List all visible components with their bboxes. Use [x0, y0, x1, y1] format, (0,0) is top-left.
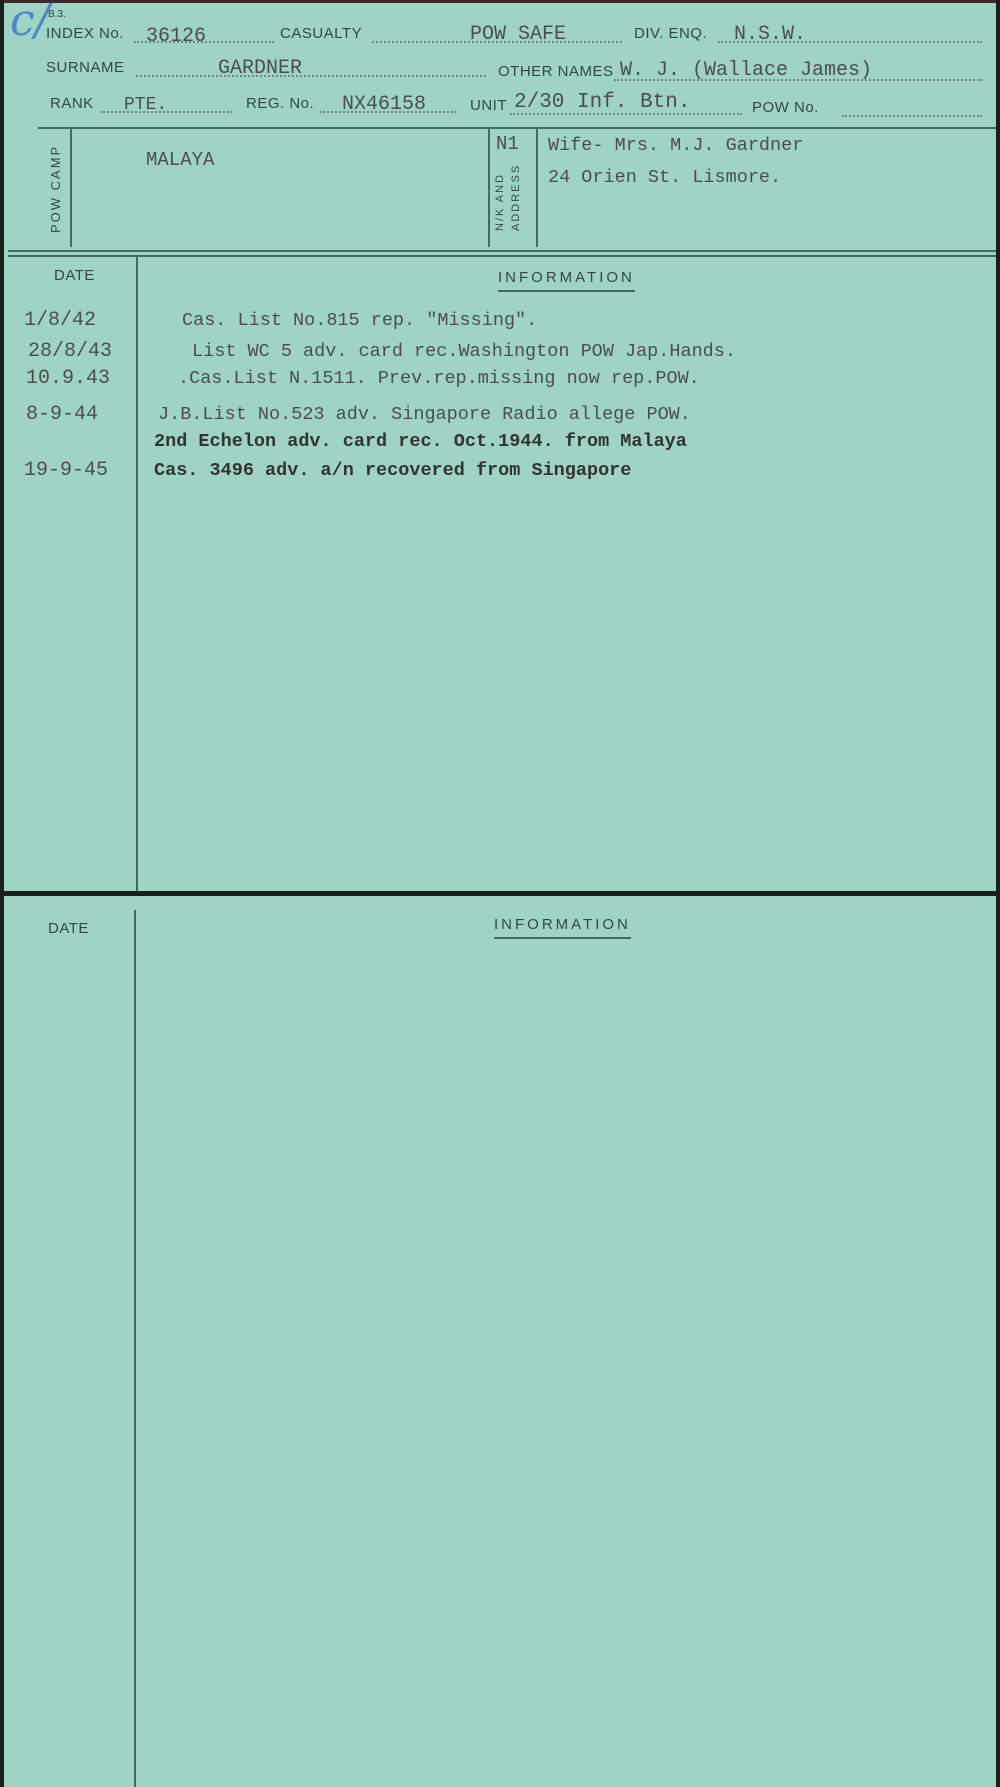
nok-line2: 24 Orien St. Lismore.	[548, 167, 781, 188]
entry-text: J.B.List No.523 adv. Singapore Radio all…	[158, 404, 691, 425]
record-card-back: DATE INFORMATION	[4, 896, 996, 1787]
reg-no-label: REG. No.	[246, 95, 314, 112]
margin-pencil-mark: c/	[10, 0, 49, 46]
reg-no-value: NX46158	[342, 93, 426, 116]
other-names-label: OTHER NAMES	[498, 63, 614, 80]
nok-line1: Wife- Mrs. M.J. Gardner	[548, 135, 803, 156]
date-header-2: DATE	[48, 920, 89, 937]
div-enq-label: DIV. ENQ.	[634, 25, 707, 42]
rank-label: RANK	[50, 95, 94, 112]
form-code: B.3.	[48, 9, 66, 20]
entry-text: .Cas.List N.1511. Prev.rep.missing now r…	[178, 368, 700, 389]
index-no-label: INDEX No.	[46, 25, 124, 42]
record-card-front: c/ B.3. INDEX No. 36126 CASUALTY POW SAF…	[4, 0, 996, 891]
casualty-value: POW SAFE	[470, 23, 566, 46]
nok-code: N1	[496, 133, 519, 155]
entry-text: Cas. 3496 adv. a/n recovered from Singap…	[154, 460, 631, 481]
information-header-2: INFORMATION	[494, 916, 631, 939]
div-enq-value: N.S.W.	[734, 23, 806, 46]
entry-date: 10.9.43	[26, 367, 110, 390]
rank-value: PTE.	[124, 95, 167, 115]
entry-text: List WC 5 adv. card rec.Washington POW J…	[192, 341, 736, 362]
entry-date: 8-9-44	[26, 403, 98, 426]
entry-date: 1/8/42	[24, 309, 96, 332]
entry-text: Cas. List No.815 rep. "Missing".	[182, 310, 537, 331]
nok-label-line2: ADDRESS	[510, 164, 522, 231]
pow-camp-value: MALAYA	[146, 149, 214, 171]
casualty-label: CASUALTY	[280, 25, 362, 42]
other-names-value: W. J. (Wallace James)	[620, 59, 872, 82]
information-header: INFORMATION	[498, 269, 635, 292]
unit-value: 2/30 Inf. Btn.	[514, 91, 690, 114]
date-header: DATE	[54, 267, 95, 284]
surname-value: GARDNER	[218, 57, 302, 80]
unit-label: UNIT	[470, 97, 507, 114]
index-no-value: 36126	[146, 25, 206, 48]
pow-no-label: POW No.	[752, 99, 819, 116]
entry-text: 2nd Echelon adv. card rec. Oct.1944. fro…	[154, 431, 687, 452]
pow-camp-label: POW CAMP	[48, 145, 63, 233]
entry-date: 19-9-45	[24, 459, 108, 482]
surname-label: SURNAME	[46, 59, 125, 76]
entry-date: 28/8/43	[28, 340, 112, 363]
nok-label-line1: N/K AND	[494, 173, 506, 231]
